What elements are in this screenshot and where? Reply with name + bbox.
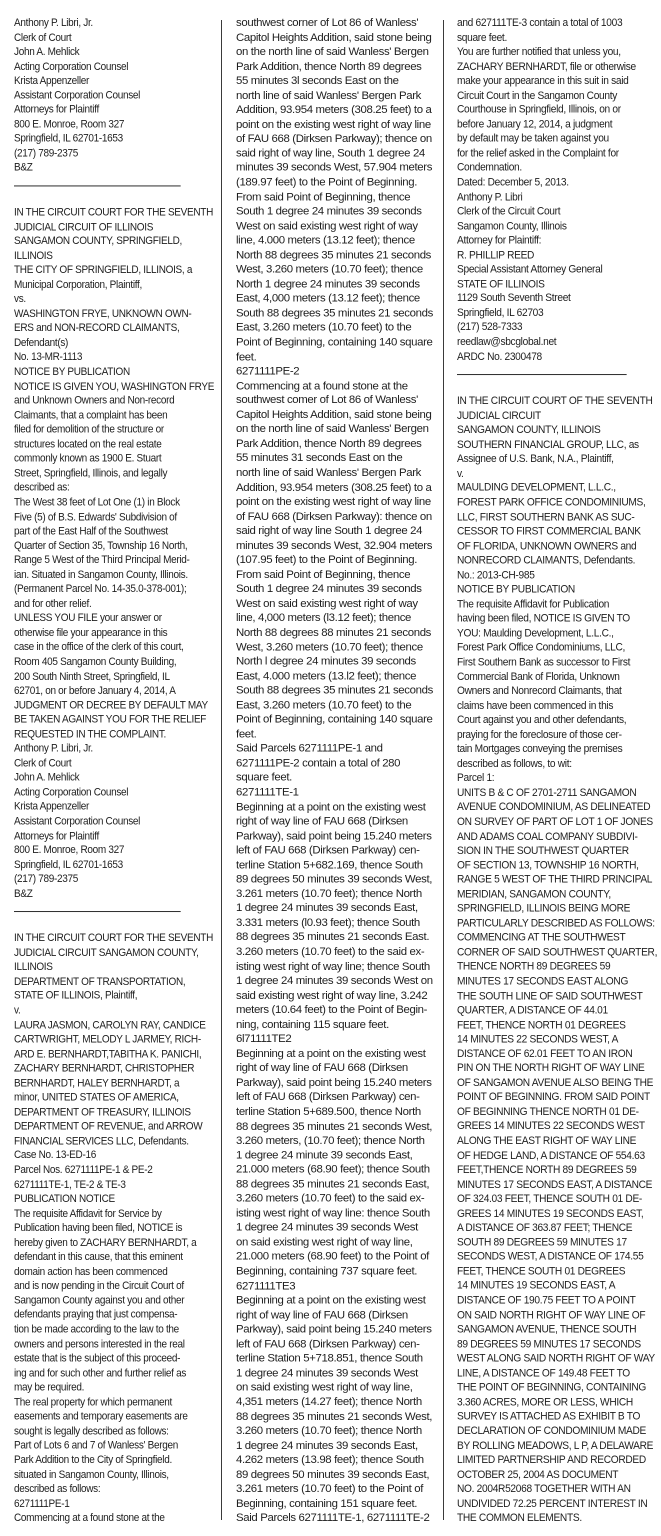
notice-text-line: Dated: December 5, 2013.	[457, 176, 636, 191]
notice-text-line: SOUTH 89 DEGREES 59 MINUTES 17	[457, 1236, 636, 1251]
notice-text-line: Street, Springfield, Illinois, and legal…	[14, 466, 189, 480]
notice-text-line: sought is legally described as follows:	[14, 1424, 189, 1438]
notice-text-line: Clerk of Court	[14, 756, 189, 770]
notice-text-line: terline Station 5+718.851, thence South	[236, 1352, 436, 1367]
notice-text-line: Part of Lots 6 and 7 of Wanless' Bergen	[14, 1439, 189, 1453]
notice-text-line: The West 38 feet of Lot One (1) in Block	[14, 495, 189, 509]
notice-text-line: South 88 degrees 35 minutes 21 seconds	[236, 306, 436, 321]
notice-text-line: Parkway), said point being 15.240 meters	[236, 829, 436, 844]
notice-text-line: may be required.	[14, 1381, 189, 1395]
notice-text-line: Anthony P. Libri, Jr.	[14, 16, 189, 30]
notice-text-line: ON SAID NORTH RIGHT OF WAY LINE OF	[457, 1308, 636, 1323]
notice-text-line: OCTOBER 25, 2004 AS DOCUMENT	[457, 1468, 636, 1483]
notice-text-line: 800 E. Monroe, Room 327	[14, 117, 189, 131]
notice-text-line: terline Station 5+682.169, thence South	[236, 858, 436, 873]
notice-text-line: 55 minutes 3l seconds East on the	[236, 74, 436, 89]
notice-text-line: Acting Corporation Counsel	[14, 785, 189, 799]
notice-text-line: Parkway), said point being 15.240 meters	[236, 1323, 436, 1338]
notice-text-line: by default may be taken against you	[457, 132, 636, 147]
notice-text-line: 21.000 meters (68.90 feet); thence South	[236, 1163, 436, 1178]
notice-text-line: on said existing west right of way line,	[236, 1381, 436, 1396]
notice-text-line: otherwise file your appearance in this	[14, 626, 189, 640]
notice-text-line: 3.260 meters, (10.70 feet); thence North	[236, 1134, 436, 1149]
notice-text-line: OF FLORIDA, UNKNOWN OWNERS and	[457, 539, 636, 554]
notice-text-line: Springfield, IL 62701-1653	[14, 858, 189, 872]
notice-text-line: before January 12, 2014, a judgment	[457, 118, 636, 133]
notice-text-line: MAULDING DEVELOPMENT, L.L.C.,	[457, 481, 636, 496]
notice-text-line: SOUTHERN FINANCIAL GROUP, LLC, as	[457, 438, 636, 453]
notice-text-line: Addition, 93.954 meters (308.25 feet) to…	[236, 481, 436, 496]
notice-text-line: Court against you and other defendants,	[457, 713, 636, 728]
notice-text-line: Quarter of Section 35, Township 16 North…	[14, 539, 189, 553]
notice-text-line: GREES 14 MINUTES 22 SECONDS WEST	[457, 1120, 636, 1135]
notice-text-line: AND ADAMS COAL COMPANY SUBDIVI-	[457, 829, 636, 844]
notice-text-line: West, 3.260 meters (10.70 feet); thence	[236, 640, 436, 655]
notice-text-line: southwest comer of Lot 86 of Wanless'	[236, 393, 436, 408]
notice-text-line: for the relief asked in the Complaint fo…	[457, 147, 636, 162]
notice-text-line: YOU: Maulding Development, L.L.C.,	[457, 626, 636, 641]
notice-text-line: vs.	[14, 292, 189, 306]
notice-text-line: owners and persons interested in the rea…	[14, 1337, 189, 1351]
notice-text-line: 6271111PE-2	[236, 364, 436, 379]
notice-text-line: said existing west right of way line, 3.…	[236, 989, 436, 1004]
notice-text-line: described as follows:	[14, 1482, 189, 1496]
notice-text-line: COMMENCING AT THE SOUTHWEST	[457, 931, 636, 946]
notice-text-line: Point of Beginning, containing 140 squar…	[236, 335, 436, 350]
notice-text-line: B&Z	[14, 161, 189, 175]
column-2: southwest corner of Lot 86 of Wanless'Ca…	[236, 16, 436, 1526]
notice-text-line: The requisite Affidavit for Service by	[14, 1207, 189, 1221]
notice-text-line: minor, UNITED STATES OF AMERICA,	[14, 1091, 189, 1105]
notice-text-line: of FAU 668 (Dirksen Parkway); thence on	[236, 132, 436, 147]
notice-text-line: MINUTES 17 SECONDS EAST ALONG	[457, 974, 636, 989]
notice-text-line: The real property for which permanent	[14, 1395, 189, 1409]
notice-idot-eminent-domain-continued: southwest corner of Lot 86 of Wanless'Ca…	[236, 16, 436, 1526]
notice-text-line: OF SECTION 13, TOWNSHIP 16 NORTH,	[457, 858, 636, 873]
notice-text-line: 1 degree 24 minutes 39 seconds West	[236, 1221, 436, 1236]
notice-text-line: and 627111TE-3 contain a total of 1003	[457, 16, 636, 31]
notice-text-line: square feet.	[236, 771, 436, 786]
notice-idot-eminent-domain-end: and 627111TE-3 contain a total of 1003sq…	[457, 16, 636, 364]
notice-text-line: Courthouse in Springfield, Illinois, on …	[457, 103, 636, 118]
notice-text-line: CARTWRIGHT, MELODY L JARMEY, RICH-	[14, 1033, 189, 1047]
notice-text-line: ian. Situated in Sangamon County, Illino…	[14, 568, 189, 582]
notice-text-line: MERIDIAN, SANGAMON COUNTY,	[457, 887, 636, 902]
notice-text-line: case in the office of the clerk of this …	[14, 640, 189, 654]
notice-text-line: From said Point of Beginning, thence	[236, 568, 436, 583]
notice-text-line: 21.000 meters (68.90 feet) to the Point …	[236, 1250, 436, 1265]
notice-text-line: 88 degrees 35 minutes 21 seconds West,	[236, 1119, 436, 1134]
notice-text-line: 6271111TE-1	[236, 785, 436, 800]
notice-text-line: SURVEY IS ATTACHED AS EXHIBIT B TO	[457, 1410, 636, 1425]
notice-text-line: North 1 degree 24 minutes 39 seconds	[236, 277, 436, 292]
notice-text-line: 1 degree 24 minutes 39 seconds West	[236, 1366, 436, 1381]
notice-text-line: JUDICIAL CIRCUIT SANGAMON COUNTY,	[14, 946, 189, 960]
notice-text-line: 4,351 meters (14.27 feet); thence North	[236, 1395, 436, 1410]
notice-text-line: FINANCIAL SERVICES LLC, Defendants.	[14, 1134, 189, 1148]
column-3: and 627111TE-3 contain a total of 1003sq…	[457, 16, 636, 1526]
notice-text-line: left of FAU 668 (Dirksen Parkway) cen-	[236, 1337, 436, 1352]
notice-text-line: reedlaw@sbcglobal.net	[457, 335, 636, 350]
notice-text-line: left of FAU 668 (Dirksen Parkway) cen-	[236, 844, 436, 859]
notice-text-line: 1 degree 24 minutes 39 seconds East,	[236, 902, 436, 917]
notice-text-line: Case No. 13-ED-16	[14, 1149, 189, 1163]
notice-text-line: AVENUE CONDOMINIUM, AS DELINEATED	[457, 800, 636, 815]
notice-divider	[14, 185, 181, 186]
notice-text-line: Park Addition, thence North 89 degrees	[236, 60, 436, 75]
notice-text-line: STATE OF ILLINOIS, Plaintiff,	[14, 989, 189, 1003]
notice-text-line: Five (5) of B.S. Edwards' Subdivision of	[14, 510, 189, 524]
notice-text-line: 3.331 meters (l0.93 feet); thence South	[236, 916, 436, 931]
notice-text-line: SPRINGFIELD, ILLINOIS BEING MORE	[457, 902, 636, 917]
notice-text-line: ILLINOIS	[14, 249, 189, 263]
notice-text-line: PARTICULARLY DESCRIBED AS FOLLOWS:	[457, 916, 636, 931]
notice-text-line: DEPARTMENT OF REVENUE, and ARROW	[14, 1120, 189, 1134]
notice-text-line: Claimants, that a complaint has been	[14, 408, 189, 422]
notice-text-line: (217) 789-2375	[14, 872, 189, 886]
notice-text-line: having been filed, NOTICE IS GIVEN TO	[457, 612, 636, 627]
notice-text-line: (107.95 feet) to the Point of Beginning.	[236, 553, 436, 568]
notice-text-line: 62701, on or before January 4, 2014, A	[14, 684, 189, 698]
notice-text-line: (217) 528-7333	[457, 321, 636, 336]
notice-text-line: 1 degree 24 minute 39 seconds East,	[236, 1148, 436, 1163]
notice-text-line: ERS and NON-RECORD CLAIMANTS,	[14, 321, 189, 335]
column-1: Anthony P. Libri, Jr.Clerk of CourtJohn …	[14, 16, 189, 1526]
notice-text-line: and Unknown Owners and Non-record	[14, 394, 189, 408]
notice-text-line: THE COMMON ELEMENTS.	[457, 1511, 636, 1526]
notice-text-line: Assignee of U.S. Bank, N.A., Plaintiff,	[457, 452, 636, 467]
notice-text-line: described as follows, to wit:	[457, 757, 636, 772]
notice-text-line: said right of way line South 1 degree 24	[236, 524, 436, 539]
notice-text-line: v.	[457, 467, 636, 482]
notice-text-line: John A. Mehlick	[14, 771, 189, 785]
notice-text-line: Beginning, containing 737 square feet.	[236, 1265, 436, 1280]
notice-text-line: tain Mortgages conveying the premises	[457, 742, 636, 757]
notice-text-line: 6271111PE-2 contain a total of 280	[236, 756, 436, 771]
notice-text-line: RANGE 5 WEST OF THE THIRD PRINCIPAL	[457, 873, 636, 888]
notice-text-line: OF HEDGE LAND, A DISTANCE OF 554.63	[457, 1149, 636, 1164]
notice-text-line: ARD E. BERNHARDT,TABITHA K. PANICHI,	[14, 1047, 189, 1061]
notice-text-line: commonly known as 1900 E. Stuart	[14, 452, 189, 466]
notice-text-line: 1 degree 24 minutes 39 seconds West on	[236, 974, 436, 989]
notice-text-line: East, 3.260 meters (10.70 feet) to the	[236, 321, 436, 336]
notice-text-line: ALONG THE EAST RIGHT OF WAY LINE	[457, 1134, 636, 1149]
notice-text-line: First Southern Bank as successor to Firs…	[457, 655, 636, 670]
notice-text-line: LIMITED PARTNERSHIP AND RECORDED	[457, 1453, 636, 1468]
notice-text-line: left of FAU 668 (Dirksen Parkway) cen-	[236, 1090, 436, 1105]
notice-text-line: Owners and Nonrecord Claimants, that	[457, 684, 636, 699]
notice-text-line: FEET, THENCE NORTH 01 DEGREES	[457, 1018, 636, 1033]
notice-text-line: SANGAMON AVENUE, THENCE SOUTH	[457, 1323, 636, 1338]
notice-text-line: NONRECORD CLAIMANTS, Defendants.	[457, 554, 636, 569]
notice-text-line: THE POINT OF BEGINNING, CONTAINING	[457, 1381, 636, 1396]
notice-text-line: (Permanent Parcel No. 14-35.0-378-001);	[14, 582, 189, 596]
notice-text-line: Range 5 West of the Third Principal Meri…	[14, 553, 189, 567]
notice-text-line: 89 degrees 50 minutes 39 seconds West,	[236, 873, 436, 888]
notice-text-line: CORNER OF SAID SOUTHWEST QUARTER,	[457, 945, 636, 960]
notice-text-line: 4.262 meters (13.98 feet); thence South	[236, 1453, 436, 1468]
notice-text-line: 6l71111TE2	[236, 1032, 436, 1047]
notice-text-line: Anthony P. Libri	[457, 190, 636, 205]
notice-text-line: Beginning at a point on the existing wes…	[236, 1047, 436, 1062]
notice-text-line: JUDICIAL CIRCUIT	[457, 409, 636, 424]
notice-text-line: R. PHILLIP REED	[457, 248, 636, 263]
notice-text-line: Commencing at a found stone at the	[236, 379, 436, 394]
notice-text-line: said right of way line, South 1 degree 2…	[236, 147, 436, 162]
notice-text-line: 6271111TE3	[236, 1279, 436, 1294]
notice-text-line: UNITS B & C OF 2701-2711 SANGAMON	[457, 786, 636, 801]
notice-text-line: line, 4,000 meters (l3.12 feet); thence	[236, 611, 436, 626]
notice-text-line: Beginning at a point on the existing wes…	[236, 800, 436, 815]
notice-text-line: JUDICIAL CIRCUIT OF ILLINOIS	[14, 220, 189, 234]
notice-text-line: of FAU 668 (Dirksen Parkway): thence on	[236, 510, 436, 525]
notice-text-line: REQUESTED IN THE COMPLAINT.	[14, 727, 189, 741]
notice-text-line: square feet.	[457, 31, 636, 46]
notice-text-line: DECLARATION OF CONDOMINIUM MADE	[457, 1424, 636, 1439]
notice-text-line: Sangamon County, Illinois	[457, 219, 636, 234]
notice-text-line: 6271111PE-1	[14, 1497, 189, 1511]
notice-text-line: Attorney for Plaintiff:	[457, 234, 636, 249]
legal-notices-page: Anthony P. Libri, Jr.Clerk of CourtJohn …	[0, 0, 661, 1536]
notice-text-line: QUARTER, A DISTANCE OF 44.01	[457, 1003, 636, 1018]
notice-text-line: Krista Appenzeller	[14, 74, 189, 88]
notice-text-line: 3.260 meters (10.70 feet); thence North	[236, 1424, 436, 1439]
notice-text-line: and is now pending in the Circuit Court …	[14, 1279, 189, 1293]
notice-text-line: (189.97 feet) to the Point of Beginning.	[236, 176, 436, 191]
notice-text-line: Parkway), said point being 15.240 meters	[236, 1076, 436, 1091]
notice-text-line: B&Z	[14, 887, 189, 901]
notice-text-line: NOTICE BY PUBLICATION	[457, 583, 636, 598]
notice-text-line: Room 405 Sangamon County Building,	[14, 655, 189, 669]
notice-text-line: easements and temporary easements are	[14, 1410, 189, 1424]
notice-text-line: 200 South Ninth Street, Springfield, IL	[14, 669, 189, 683]
notice-text-line: PIN ON THE NORTH RIGHT OF WAY LINE	[457, 1062, 636, 1077]
notice-text-line: No. 13-MR-1113	[14, 350, 189, 364]
notice-text-line: Special Assistant Attorney General	[457, 263, 636, 278]
notice-text-line: Said Parcels 6271111PE-1 and	[236, 742, 436, 757]
notice-text-line: BE TAKEN AGAINST YOU FOR THE RELIEF	[14, 713, 189, 727]
notice-text-line: ning, containing 115 square feet.	[236, 1018, 436, 1033]
notice-text-line: 800 E. Monroe, Room 327	[14, 843, 189, 857]
notice-text-line: on the north line of said Wanless' Berge…	[236, 45, 436, 60]
notice-text-line: 14 MINUTES 19 SECONDS EAST, A	[457, 1279, 636, 1294]
notice-text-line: make your appearance in this suit in sai…	[457, 74, 636, 89]
notice-text-line: LLC, FIRST SOUTHERN BANK AS SUC-	[457, 510, 636, 525]
notice-text-line: North 88 degrees 88 minutes 21 seconds	[236, 626, 436, 641]
notice-text-line: West on said existing west right of way	[236, 597, 436, 612]
notice-text-line: The requisite Affidavit for Publication	[457, 597, 636, 612]
notice-text-line: Circuit Court in the Sangamon County	[457, 89, 636, 104]
notice-text-line: IN THE CIRCUIT COURT FOR THE SEVENTH	[14, 205, 189, 219]
notice-text-line: DISTANCE OF 190.75 FEET TO A POINT	[457, 1294, 636, 1309]
notice-text-line: 3.261 meters (10.70 feet) to the Point o…	[236, 1482, 436, 1497]
notice-text-line: 88 degrees 35 minutes 21 seconds West,	[236, 1410, 436, 1425]
notice-text-line: UNLESS YOU FILE your answer or	[14, 611, 189, 625]
notice-text-line: DISTANCE OF 62.01 FEET TO AN IRON	[457, 1047, 636, 1062]
notice-text-line: feet.	[236, 350, 436, 365]
notice-text-line: praying for the foreclosure of those cer…	[457, 728, 636, 743]
notice-text-line: domain action has been commenced	[14, 1265, 189, 1279]
notice-text-line: South 1 degree 24 minutes 39 seconds	[236, 582, 436, 597]
notice-text-line: ILLINOIS	[14, 960, 189, 974]
notice-text-line: BERNHARDT, HALEY BERNHARDT, a	[14, 1076, 189, 1090]
notice-washington-frye: IN THE CIRCUIT COURT FOR THE SEVENTHJUDI…	[14, 205, 189, 901]
notice-text-line: North 88 degrees 35 minutes 21 seconds	[236, 248, 436, 263]
notice-text-line: ZACHARY BERNHARDT, CHRISTOPHER	[14, 1062, 189, 1076]
notice-text-line: WEST ALONG SAID NORTH RIGHT OF WAY	[457, 1352, 636, 1367]
notice-text-line: NO. 2004R52068 TOGETHER WITH AN	[457, 1482, 636, 1497]
notice-southern-financial-foreclosure: IN THE CIRCUIT COURT OF THE SEVENTHJUDIC…	[457, 394, 636, 1526]
notice-divider	[14, 911, 181, 912]
notice-text-line: John A. Mehlick	[14, 45, 189, 59]
notice-text-line: right of way line of FAU 668 (Dirksen	[236, 814, 436, 829]
notice-text-line: THENCE NORTH 89 DEGREES 59	[457, 960, 636, 975]
notice-text-line: North l degree 24 minutes 39 seconds	[236, 655, 436, 670]
notice-text-line: structures located on the real estate	[14, 437, 189, 451]
notice-text-line: Clerk of the Circuit Court	[457, 205, 636, 220]
notice-text-line: 3.261 meters (10.70 feet); thence North	[236, 887, 436, 902]
notice-text-line: defendant in this cause, that this emine…	[14, 1250, 189, 1264]
notice-city-springfield-signature: Anthony P. Libri, Jr.Clerk of CourtJohn …	[14, 16, 189, 175]
notice-text-line: 3.260 meters (10.70 feet) to the said ex…	[236, 945, 436, 960]
notice-text-line: THE SOUTH LINE OF SAID SOUTHWEST	[457, 989, 636, 1004]
notice-text-line: ON SURVEY OF PART OF LOT 1 OF JONES	[457, 815, 636, 830]
notice-text-line: OF 324.03 FEET, THENCE SOUTH 01 DE-	[457, 1192, 636, 1207]
notice-text-line: DEPARTMENT OF TREASURY, ILLINOIS	[14, 1105, 189, 1119]
notice-text-line: Capitol Heights Addition, said stone bei…	[236, 408, 436, 423]
notice-text-line: FOREST PARK OFFICE CONDOMINIUMS,	[457, 496, 636, 511]
notice-text-line: STATE OF ILLINOIS	[457, 277, 636, 292]
notice-text-line: West on said existing west right of way	[236, 219, 436, 234]
notice-text-line: Point of Beginning, containing 140 squar…	[236, 713, 436, 728]
notice-text-line: 6271111TE-1, TE-2 & TE-3	[14, 1178, 189, 1192]
notice-text-line: Parcel 1:	[457, 771, 636, 786]
notice-text-line: LAURA JASMON, CAROLYN RAY, CANDICE	[14, 1018, 189, 1032]
notice-text-line: Attorneys for Plaintiff	[14, 829, 189, 843]
notice-text-line: Springfield, IL 62701-1653	[14, 132, 189, 146]
notice-idot-eminent-domain: IN THE CIRCUIT COURT FOR THE SEVENTHJUDI…	[14, 931, 189, 1525]
notice-text-line: point on the existing west right of way …	[236, 495, 436, 510]
notice-text-line: FEET,THENCE NORTH 89 DEGREES 59	[457, 1163, 636, 1178]
notice-text-line: You are further notified that unless you…	[457, 45, 636, 60]
notice-text-line: NOTICE BY PUBLICATION	[14, 365, 189, 379]
notice-text-line: A DISTANCE OF 363.87 FEET; THENCE	[457, 1221, 636, 1236]
notice-text-line: SANGAMON COUNTY, SPRINGFIELD,	[14, 234, 189, 248]
notice-text-line: Park Addition, thence North 89 degrees	[236, 437, 436, 452]
notice-text-line: 55 minutes 31 seconds East on the	[236, 452, 436, 467]
notice-text-line: 89 DEGREES 59 MINUTES 17 SECONDS	[457, 1337, 636, 1352]
notice-text-line: SANGAMON COUNTY, ILLINOIS	[457, 423, 636, 438]
notice-text-line: SECONDS WEST, A DISTANCE OF 174.55	[457, 1250, 636, 1265]
notice-text-line: north line of said Wanless' Bergen Park	[236, 89, 436, 104]
notice-text-line: Condemnation.	[457, 161, 636, 176]
notice-text-line: Sangamon County against you and other	[14, 1294, 189, 1308]
notice-text-line: WASHINGTON FRYE, UNKNOWN OWN-	[14, 307, 189, 321]
notice-text-line: Addition, 93.954 meters (308.25 feet) to…	[236, 103, 436, 118]
notice-text-line: THE CITY OF SPRINGFIELD, ILLINOIS, a	[14, 263, 189, 277]
notice-text-line: north line of said Wanless' Bergen Park	[236, 466, 436, 481]
column-rule	[443, 20, 444, 1520]
notice-text-line: LINE, A DISTANCE OF 149.48 FEET TO	[457, 1366, 636, 1381]
notice-text-line: point on the existing west right of way …	[236, 118, 436, 133]
notice-text-line: Parcel Nos. 6271111PE-1 & PE-2	[14, 1163, 189, 1177]
notice-text-line: (217) 789-2375	[14, 146, 189, 160]
notice-text-line: 3.260 meters (10.70 feet) to the said ex…	[236, 1192, 436, 1207]
notice-text-line: East, 4.000 meters (13.l2 feet); thence	[236, 669, 436, 684]
notice-text-line: East, 3.260 meters (10.70 feet) to the	[236, 698, 436, 713]
notice-text-line: Capitol Heights Addition, said stone bei…	[236, 31, 436, 46]
notice-text-line: isting west right of way line: thence So…	[236, 1206, 436, 1221]
notice-text-line: filed for demolition of the structure or	[14, 423, 189, 437]
notice-text-line: ZACHARY BERNHARDT, file or otherwise	[457, 60, 636, 75]
notice-text-line: ing and for such other and further relie…	[14, 1366, 189, 1380]
notice-text-line: Municipal Corporation, Plaintiff,	[14, 278, 189, 292]
notice-text-line: Assistant Corporation Counsel	[14, 814, 189, 828]
notice-text-line: described as:	[14, 481, 189, 495]
notice-text-line: CESSOR TO FIRST COMMERCIAL BANK	[457, 525, 636, 540]
notice-text-line: minutes 39 seconds West, 57.904 meters	[236, 161, 436, 176]
notice-text-line: defendants praying that just compensa-	[14, 1308, 189, 1322]
notice-text-line: line, 4.000 meters (13.12 feet); thence	[236, 234, 436, 249]
notice-text-line: right of way line of FAU 668 (Dirksen	[236, 1061, 436, 1076]
notice-text-line: POINT OF BEGINNING. FROM SAID POINT	[457, 1091, 636, 1106]
notice-text-line: 1129 South Seventh Street	[457, 292, 636, 307]
notice-text-line: Acting Corporation Counsel	[14, 59, 189, 73]
notice-divider	[457, 374, 627, 375]
notice-text-line: OF BEGINNING THENCE NORTH 01 DE-	[457, 1105, 636, 1120]
notice-text-line: southwest corner of Lot 86 of Wanless'	[236, 16, 436, 31]
column-rule	[221, 20, 222, 1520]
notice-text-line: From said Point of Beginning, thence	[236, 190, 436, 205]
notice-text-line: ARDC No. 2300478	[457, 350, 636, 365]
notice-text-line: Commercial Bank of Florida, Unknown	[457, 670, 636, 685]
notice-text-line: v.	[14, 1004, 189, 1018]
notice-text-line: No.: 2013-CH-985	[457, 568, 636, 583]
notice-text-line: BY ROLLING MEADOWS, L P, A DELAWARE	[457, 1439, 636, 1454]
notice-text-line: 88 degrees 35 minutes 21 seconds East.	[236, 931, 436, 946]
notice-text-line: claims have been commenced in this	[457, 699, 636, 714]
notice-text-line: 89 degrees 50 minutes 39 seconds East,	[236, 1468, 436, 1483]
notice-text-line: West, 3.260 meters (10.70 feet); thence	[236, 263, 436, 278]
notice-text-line: FEET, THENCE SOUTH 01 DEGREES	[457, 1265, 636, 1280]
notice-text-line: East, 4,000 meters (13.12 feet); thence	[236, 292, 436, 307]
notice-text-line: South 1 degree 24 minutes 39 seconds	[236, 205, 436, 220]
notice-text-line: and for other relief.	[14, 597, 189, 611]
notice-text-line: 88 degrees 35 minutes 21 seconds East,	[236, 1177, 436, 1192]
notice-text-line: IN THE CIRCUIT COURT FOR THE SEVENTH	[14, 931, 189, 945]
notice-text-line: DEPARTMENT OF TRANSPORTATION,	[14, 975, 189, 989]
notice-text-line: Anthony P. Libri, Jr.	[14, 742, 189, 756]
notice-text-line: on the north line of said Wanless' Berge…	[236, 423, 436, 438]
notice-text-line: feet.	[236, 727, 436, 742]
notice-text-line: NOTICE IS GIVEN YOU, WASHINGTON FRYE	[14, 379, 189, 393]
notice-text-line: minutes 39 seconds West, 32.904 meters	[236, 539, 436, 554]
notice-text-line: Publication having been filed, NOTICE is	[14, 1221, 189, 1235]
notice-text-line: MINUTES 17 SECONDS EAST, A DISTANCE	[457, 1178, 636, 1193]
notice-text-line: PUBLICATION NOTICE	[14, 1192, 189, 1206]
notice-text-line: meters (10.64 feet) to the Point of Begi…	[236, 1003, 436, 1018]
notice-text-line: Commencing at a found stone at the	[14, 1511, 189, 1525]
notice-text-line: 14 MINUTES 22 SECONDS WEST, A	[457, 1032, 636, 1047]
notice-text-line: estate that is the subject of this proce…	[14, 1352, 189, 1366]
notice-text-line: on said existing west right of way line,	[236, 1236, 436, 1251]
notice-text-line: Krista Appenzeller	[14, 800, 189, 814]
notice-text-line: JUDGMENT OR DECREE BY DEFAULT MAY	[14, 698, 189, 712]
notice-text-line: 1 degree 24 minutes 39 seconds East,	[236, 1439, 436, 1454]
notice-text-line: Attorneys for Plaintiff	[14, 103, 189, 117]
notice-text-line: South 88 degrees 35 minutes 21 seconds	[236, 684, 436, 699]
notice-text-line: Beginning at a point on the existing wes…	[236, 1294, 436, 1309]
